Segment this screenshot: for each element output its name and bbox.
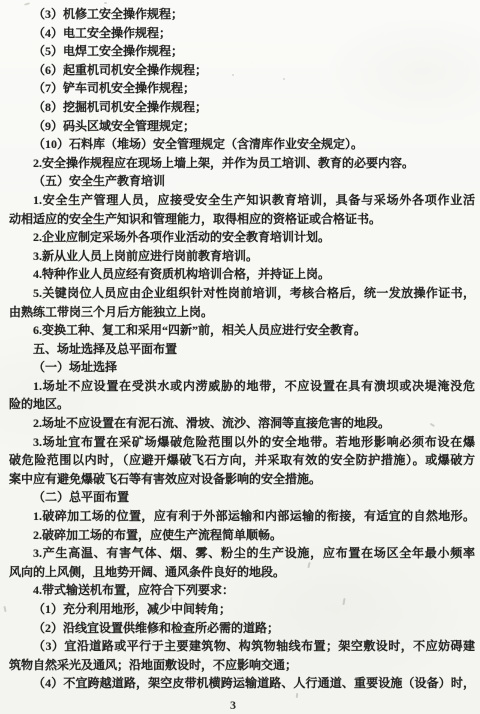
text-line: （10）石料库（堆场）安全管理规定（含清库作业安全规定）。 bbox=[9, 135, 475, 154]
document-text-block: （3）机修工安全操作规程；（4）电工安全操作规程；（5）电焊工安全操作规程；（6… bbox=[9, 5, 475, 693]
text-line: 案中应有避免爆破飞石等有害效应对设备影响的安全措施。 bbox=[9, 470, 475, 489]
text-line: 五、场址选择及总平面布置 bbox=[9, 340, 475, 359]
text-line: （二）总平面布置 bbox=[9, 488, 475, 507]
text-line: 破危险范围以内时，（应避开爆破飞石方向，并采取有效的安全防护措施）。或爆破方 bbox=[9, 451, 475, 470]
scan-noise-mark bbox=[3, 606, 6, 612]
text-line: 动相适应的安全生产知识和管理能力，取得相应的资格证或合格证书。 bbox=[9, 210, 475, 229]
text-line: 2.场址不应设置在有泥石流、滑坡、流沙、溶洞等直接危害的地段。 bbox=[9, 414, 475, 433]
text-line: 风向的上风侧，且地势开阔、通风条件良好的地段。 bbox=[9, 563, 475, 582]
text-line: 1.安全生产管理人员，应接受安全生产知识教育培训，具备与采场外各项作业活 bbox=[9, 191, 475, 210]
text-line: （4）不宜跨越道路，架空皮带机横跨运输道路、人行通道、重要设施（设备）时， bbox=[9, 674, 475, 693]
text-line: （6）起重机司机安全操作规程； bbox=[9, 61, 475, 80]
text-line: 5.关键岗位人员应由企业组织针对性岗前培训，考核合格后，统一发放操作证书， bbox=[9, 284, 475, 303]
text-line: 1.破碎加工场的位置，应有利于外部运输和内部运输的衔接，有适宜的自然地形。 bbox=[9, 507, 475, 526]
text-line: （9）码头区域安全管理规定； bbox=[9, 117, 475, 136]
text-line: 险的地区。 bbox=[9, 395, 475, 414]
text-line: 2.破碎加工场的布置，应使生产流程简单顺畅。 bbox=[9, 526, 475, 545]
text-line: 1.场址不应设置在受洪水或内涝威胁的地带，不应设置在具有溃坝或决堤淹没危 bbox=[9, 377, 475, 396]
scan-noise-speck bbox=[232, 74, 234, 76]
page-number: 3 bbox=[0, 698, 466, 712]
text-line: 2.企业应制定采场外各项作业活动的安全教育培训计划。 bbox=[9, 228, 475, 247]
text-line: 4.带式输送机布置，应符合下列要求： bbox=[9, 581, 475, 600]
text-line: （8）挖掘机司机安全操作规程； bbox=[9, 98, 475, 117]
text-line: 由熟练工带岗三个月后方能独立上岗。 bbox=[9, 303, 475, 322]
text-line: 筑物自然采光及通风；沿地面敷设时，不应影响交通； bbox=[9, 656, 475, 675]
text-line: （4）电工安全操作规程； bbox=[9, 24, 475, 43]
text-line: 4.特种作业人员应经有资质机构培训合格，并持证上岗。 bbox=[9, 265, 475, 284]
text-line: 3.产生高温、有害气体、烟、雾、粉尘的生产设施，应布置在场区全年最小频率 bbox=[9, 544, 475, 563]
text-line: （7）铲车司机安全操作规程； bbox=[9, 79, 475, 98]
text-line: （5）电焊工安全操作规程； bbox=[9, 42, 475, 61]
text-line: 2.安全操作规程应在现场上墙上架，并作为员工培训、教育的必要内容。 bbox=[9, 154, 475, 173]
scanned-document-page: （3）机修工安全操作规程；（4）电工安全操作规程；（5）电焊工安全操作规程；（6… bbox=[0, 0, 480, 714]
text-line: （一）场址选择 bbox=[9, 358, 475, 377]
scan-noise-speck bbox=[283, 78, 285, 80]
text-line: （3）机修工安全操作规程； bbox=[9, 5, 475, 24]
text-line: （2）沿线宜设置供维修和检查所必需的道路； bbox=[9, 619, 475, 638]
text-line: （3）宜沿道路或平行于主要建筑物、构筑物轴线布置；架空敷设时，不应妨碍建 bbox=[9, 637, 475, 656]
scan-noise-speck bbox=[104, 2, 107, 4]
text-line: 3.场址宜布置在采矿场爆破危险范围以外的安全地带。若地形影响必须布设在爆 bbox=[9, 433, 475, 452]
text-line: 3.新从业人员上岗前应进行岗前教育培训。 bbox=[9, 247, 475, 266]
text-line: （五）安全生产教育培训 bbox=[9, 172, 475, 191]
text-line: （1）充分利用地形，减少中间转角； bbox=[9, 600, 475, 619]
text-line: 6.变换工种、复工和采用“四新”前，相关人员应进行安全教育。 bbox=[9, 321, 475, 340]
